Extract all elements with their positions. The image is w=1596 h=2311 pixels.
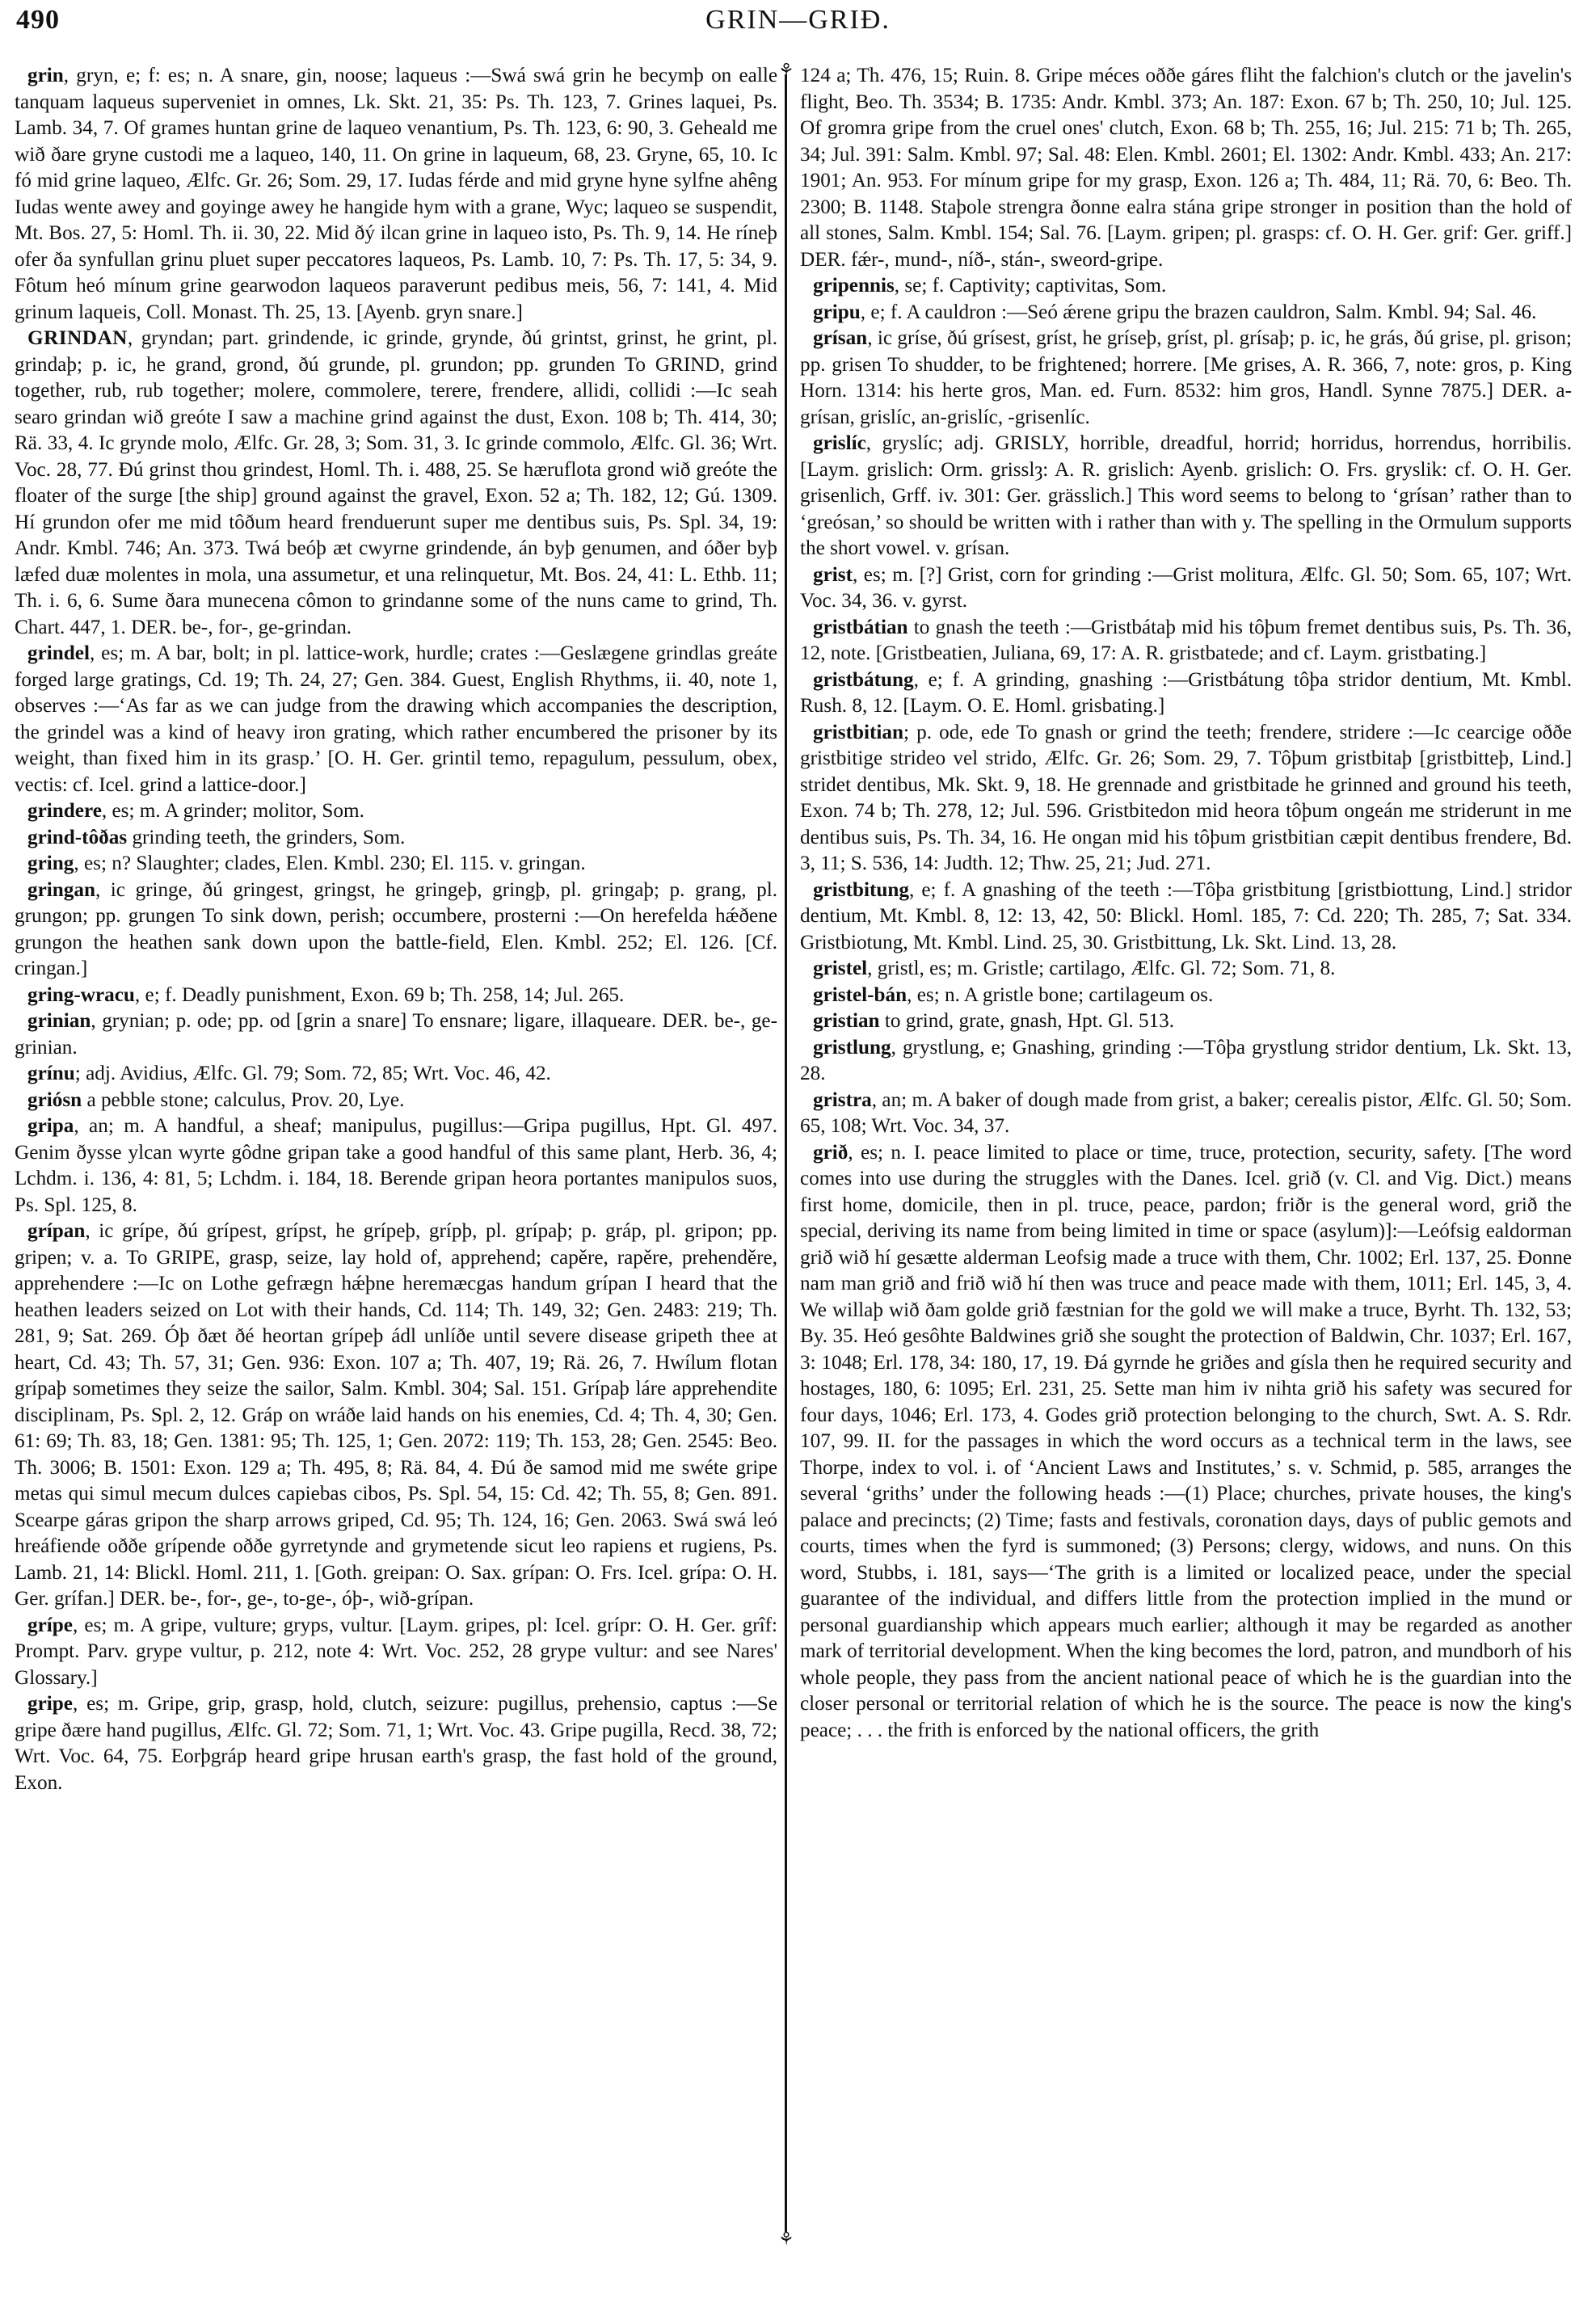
entry-grind-todas: grind-tôðas grinding teeth, the grinders… [15,825,777,852]
entry-body: , an; m. A handful, a sheaf; manipulus, … [15,1115,777,1216]
entry-gristra: gristra, an; m. A baker of dough made fr… [800,1088,1572,1140]
entry-body: , e; f. A grinding, gnashing :—Gristbátu… [800,669,1572,718]
entry-body: , grystlung, e; Gnashing, grinding :—Tôþ… [800,1037,1572,1085]
entry-body: ; p. ode, ede To gnash or grind the teet… [800,722,1572,875]
headword: gring [27,852,74,874]
entry-body: , es; m. A grinder; molitor, Som. [102,800,364,822]
headword: gripennis [813,275,895,297]
headword: gring-wracu [27,984,135,1006]
headword: gristra [813,1089,872,1111]
entry-body: , e; f. Deadly punishment, Exon. 69 b; T… [135,984,624,1006]
headword: grinian [27,1010,91,1032]
headword: gristel [813,958,867,979]
headword: gristbátian [813,617,908,638]
headword: grísan [813,327,867,349]
headword: grist [813,564,853,586]
entry-grislic: grislíc, gryslíc; adj. GRISLY, horrible,… [800,431,1572,562]
entry-grindel: grindel, es; m. A bar, bolt; in pl. latt… [15,641,777,798]
entry-body: , e; f. A gnashing of the teeth :—Tôþa g… [800,879,1572,953]
entry-gristlung: gristlung, grystlung, e; Gnashing, grind… [800,1035,1572,1088]
entry-body: , ic gríse, ðú grísest, gríst, he gríseþ… [800,327,1572,428]
entry-body: to gnash the teeth :—Gristbátaþ mid his … [800,617,1572,665]
headword: griósn [27,1089,82,1111]
entry-body: , ic grípe, ðú grípest, grípst, he grípe… [15,1220,777,1610]
headword: grislíc [813,432,866,454]
entry-grindan: GRINDAN, gryndan; part. grindende, ic gr… [15,326,777,641]
entry-body: , gryslíc; adj. GRISLY, horrible, dreadf… [800,432,1572,559]
entry-gringan: gringan, ic gringe, ðú gringest, gringst… [15,878,777,983]
headword: gripu [813,301,861,323]
entry-gristbatung: gristbátung, e; f. A grinding, gnashing … [800,667,1572,720]
entry-gripennis: gripennis, se; f. Captivity; captivitas,… [800,273,1572,300]
entry-gripa: gripa, an; m. A handful, a sheaf; manipu… [15,1113,777,1219]
headword: gringan [27,879,95,901]
entry-gristian: gristian to grind, grate, gnash, Hpt. Gl… [800,1008,1572,1035]
entry-body: a pebble stone; calculus, Prov. 20, Lye. [82,1089,404,1111]
entry-gristbitian: gristbitian; p. ode, ede To gnash or gri… [800,720,1572,878]
entry-body: , gryndan; part. grindende, ic grinde, g… [15,327,777,638]
entry-grid: grið, es; n. I. peace limited to place o… [800,1140,1572,1745]
entry-gripe-continued: 124 a; Th. 476, 15; Ruin. 8. Gripe méces… [800,63,1572,273]
entry-body: 124 a; Th. 476, 15; Ruin. 8. Gripe méces… [800,65,1572,271]
entry-body: , gristl, es; m. Gristle; cartilago, Ælf… [867,958,1335,979]
headword: grin [27,65,64,86]
entry-gristel: gristel, gristl, es; m. Gristle; cartila… [800,956,1572,983]
headword: grind-tôðas [27,827,127,848]
entry-body: , es; n. A gristle bone; cartilageum os. [907,984,1213,1006]
entry-body: , an; m. A baker of dough made from gris… [800,1089,1572,1138]
entry-body: , es; m. Gripe, grip, grasp, hold, clutc… [15,1693,777,1794]
headword: grínu [27,1063,75,1084]
headword: grípe [27,1614,73,1636]
entry-gristbitung: gristbitung, e; f. A gnashing of the tee… [800,878,1572,957]
entry-gristbatian: gristbátian to gnash the teeth :—Gristbá… [800,615,1572,667]
column-divider [785,74,787,2232]
headword: grípan [27,1220,85,1242]
entry-body: , es; n. I. peace limited to place or ti… [800,1142,1572,1741]
headword: gripa [27,1115,74,1137]
entry-body: , grynian; p. ode; pp. od [grin a snare]… [15,1010,777,1059]
headword: grindel [27,642,90,664]
headword: gristian [813,1010,880,1032]
entry-gring: gring, es; n? Slaughter; clades, Elen. K… [15,851,777,878]
entry-grinian: grinian, grynian; p. ode; pp. od [grin a… [15,1008,777,1061]
headword: grindere [27,800,102,822]
entry-body: , se; f. Captivity; captivitas, Som. [895,275,1167,297]
entry-body: to grind, grate, gnash, Hpt. Gl. 513. [880,1010,1174,1032]
entry-gring-wracu: gring-wracu, e; f. Deadly punishment, Ex… [15,983,777,1009]
entry-gripe-grasp: gripe, es; m. Gripe, grip, grasp, hold, … [15,1691,777,1796]
entry-griosn: griósn a pebble stone; calculus, Prov. 2… [15,1088,777,1114]
entry-grindere: grindere, es; m. A grinder; molitor, Som… [15,798,777,825]
page-header: 490 GRIN—GRIÐ. [0,5,1596,44]
entry-body: , es; m. A bar, bolt; in pl. lattice-wor… [15,642,777,796]
headword: gristbitian [813,722,903,743]
headword: gristel-bán [813,984,907,1006]
headword: gripe [27,1693,73,1715]
entry-body: , es; n? Slaughter; clades, Elen. Kmbl. … [74,852,585,874]
running-head: GRIN—GRIÐ. [0,5,1596,36]
entry-grin: grin, gryn, e; f: es; n. A snare, gin, n… [15,63,777,326]
entry-body: ; adj. Avidius, Ælfc. Gl. 79; Som. 72, 8… [75,1063,551,1084]
entry-gripu: gripu, e; f. A cauldron :—Seó ǽrene grip… [800,300,1572,326]
entry-body: , es; m. [?] Grist, corn for grinding :—… [800,564,1572,612]
left-column: grin, gryn, e; f: es; n. A snare, gin, n… [15,63,777,1796]
entry-gripan: grípan, ic grípe, ðú grípest, grípst, he… [15,1219,777,1613]
entry-grisan: grísan, ic gríse, ðú grísest, gríst, he … [800,326,1572,431]
entry-grinu: grínu; adj. Avidius, Ælfc. Gl. 79; Som. … [15,1061,777,1088]
column-ornament-bottom-icon: ⚘ [778,2230,794,2248]
headword: gristbitung [813,879,909,901]
entry-body: , gryn, e; f: es; n. A snare, gin, noose… [15,65,777,323]
entry-body: , ic gringe, ðú gringest, gringst, he gr… [15,879,777,980]
entry-gristel-ban: gristel-bán, es; n. A gristle bone; cart… [800,983,1572,1009]
entry-body: grinding teeth, the grinders, Som. [127,827,405,848]
entry-body: , e; f. A cauldron :—Seó ǽrene gripu the… [861,301,1537,323]
entry-grist: grist, es; m. [?] Grist, corn for grindi… [800,562,1572,615]
headword: gristlung [813,1037,891,1059]
entry-body: , es; m. A gripe, vulture; gryps, vultur… [15,1614,777,1689]
headword: GRINDAN [27,327,128,349]
headword: gristbátung [813,669,914,691]
headword: grið [813,1142,848,1164]
entry-gripe-vulture: grípe, es; m. A gripe, vulture; gryps, v… [15,1613,777,1692]
right-column: 124 a; Th. 476, 15; Ruin. 8. Gripe méces… [800,63,1572,1744]
